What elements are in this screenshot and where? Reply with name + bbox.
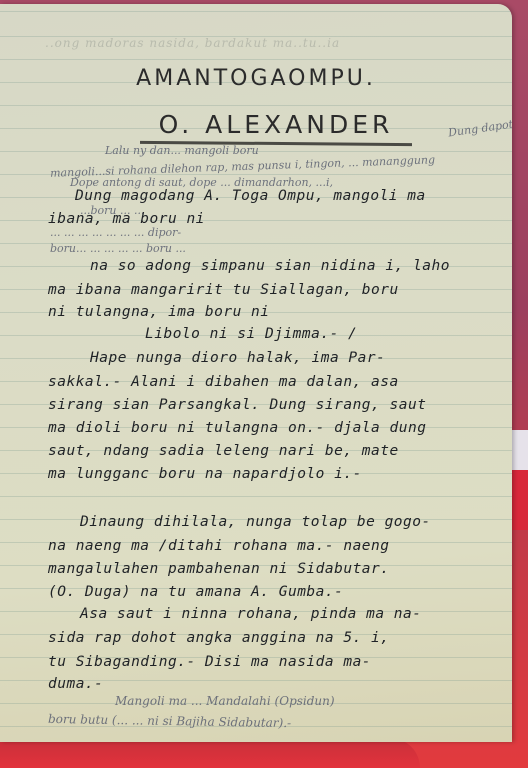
text-line: ibana, ma boru ni	[48, 211, 205, 227]
text-line: (O. Duga) na tu amana A. Gumba.-	[48, 584, 343, 600]
footer-pencil-note: Mangoli ma ... Mandalahi (Opsidun)	[115, 694, 335, 708]
text-line: Hape nunga dioro halak, ima Par-	[90, 350, 385, 366]
text-line: Dinaung dihilala, nunga tolap be gogo-	[80, 514, 431, 530]
text-line: Asa saut i ninna rohana, pinda ma na-	[80, 606, 422, 622]
text-line: saut, ndang sadia leleng nari be, mate	[48, 443, 399, 459]
text-line: Libolo ni si Djimma.- /	[145, 326, 357, 342]
text-line: sirang sian Parsangkal. Dung sirang, sau…	[48, 397, 426, 413]
text-line: na so adong simpanu sian nidina i, laho	[90, 258, 450, 274]
text-line: na naeng ma /ditahi rohana ma.- naeng	[48, 538, 390, 554]
text-line: mangalulahen pambahenan ni Sidabutar.	[48, 561, 390, 577]
text-line: ma lungganc boru na napardjolo i.-	[48, 466, 362, 482]
text-line: sida rap dohot angka anggina na 5. i,	[48, 630, 390, 646]
pencil-note: ... ... ... ... ... ... ... dipor-	[50, 226, 181, 239]
page-subtitle: O. ALEXANDER	[20, 110, 512, 139]
text-line: sakkal.- Alani i dibahen ma dalan, asa	[48, 374, 399, 390]
faded-top-line: ..ong madoras nasida, bardakut ma..tu..i…	[45, 36, 340, 50]
text-line: duma.-	[48, 676, 103, 692]
pencil-note: boru... ... ... ... ... boru ...	[50, 242, 186, 255]
text-line: ni tulangna, ima boru ni	[48, 304, 270, 320]
pencil-note: Lalu ny dan... mangoli boru	[105, 144, 259, 157]
text-line: ma ibana mangaririt tu Siallagan, boru	[48, 282, 399, 298]
page-title: AMANTOGAOMPU.	[0, 66, 512, 91]
cloth-bottom-red	[0, 738, 420, 768]
notebook-page: ..ong madoras nasida, bardakut ma..tu..i…	[0, 4, 512, 742]
text-line: ma dioli boru ni tulangna on.- djala dun…	[48, 420, 426, 436]
text-line: tu Sibaganding.- Disi ma nasida ma-	[48, 654, 371, 670]
text-line: Dung magodang A. Toga Ompu, mangoli ma	[75, 188, 426, 204]
